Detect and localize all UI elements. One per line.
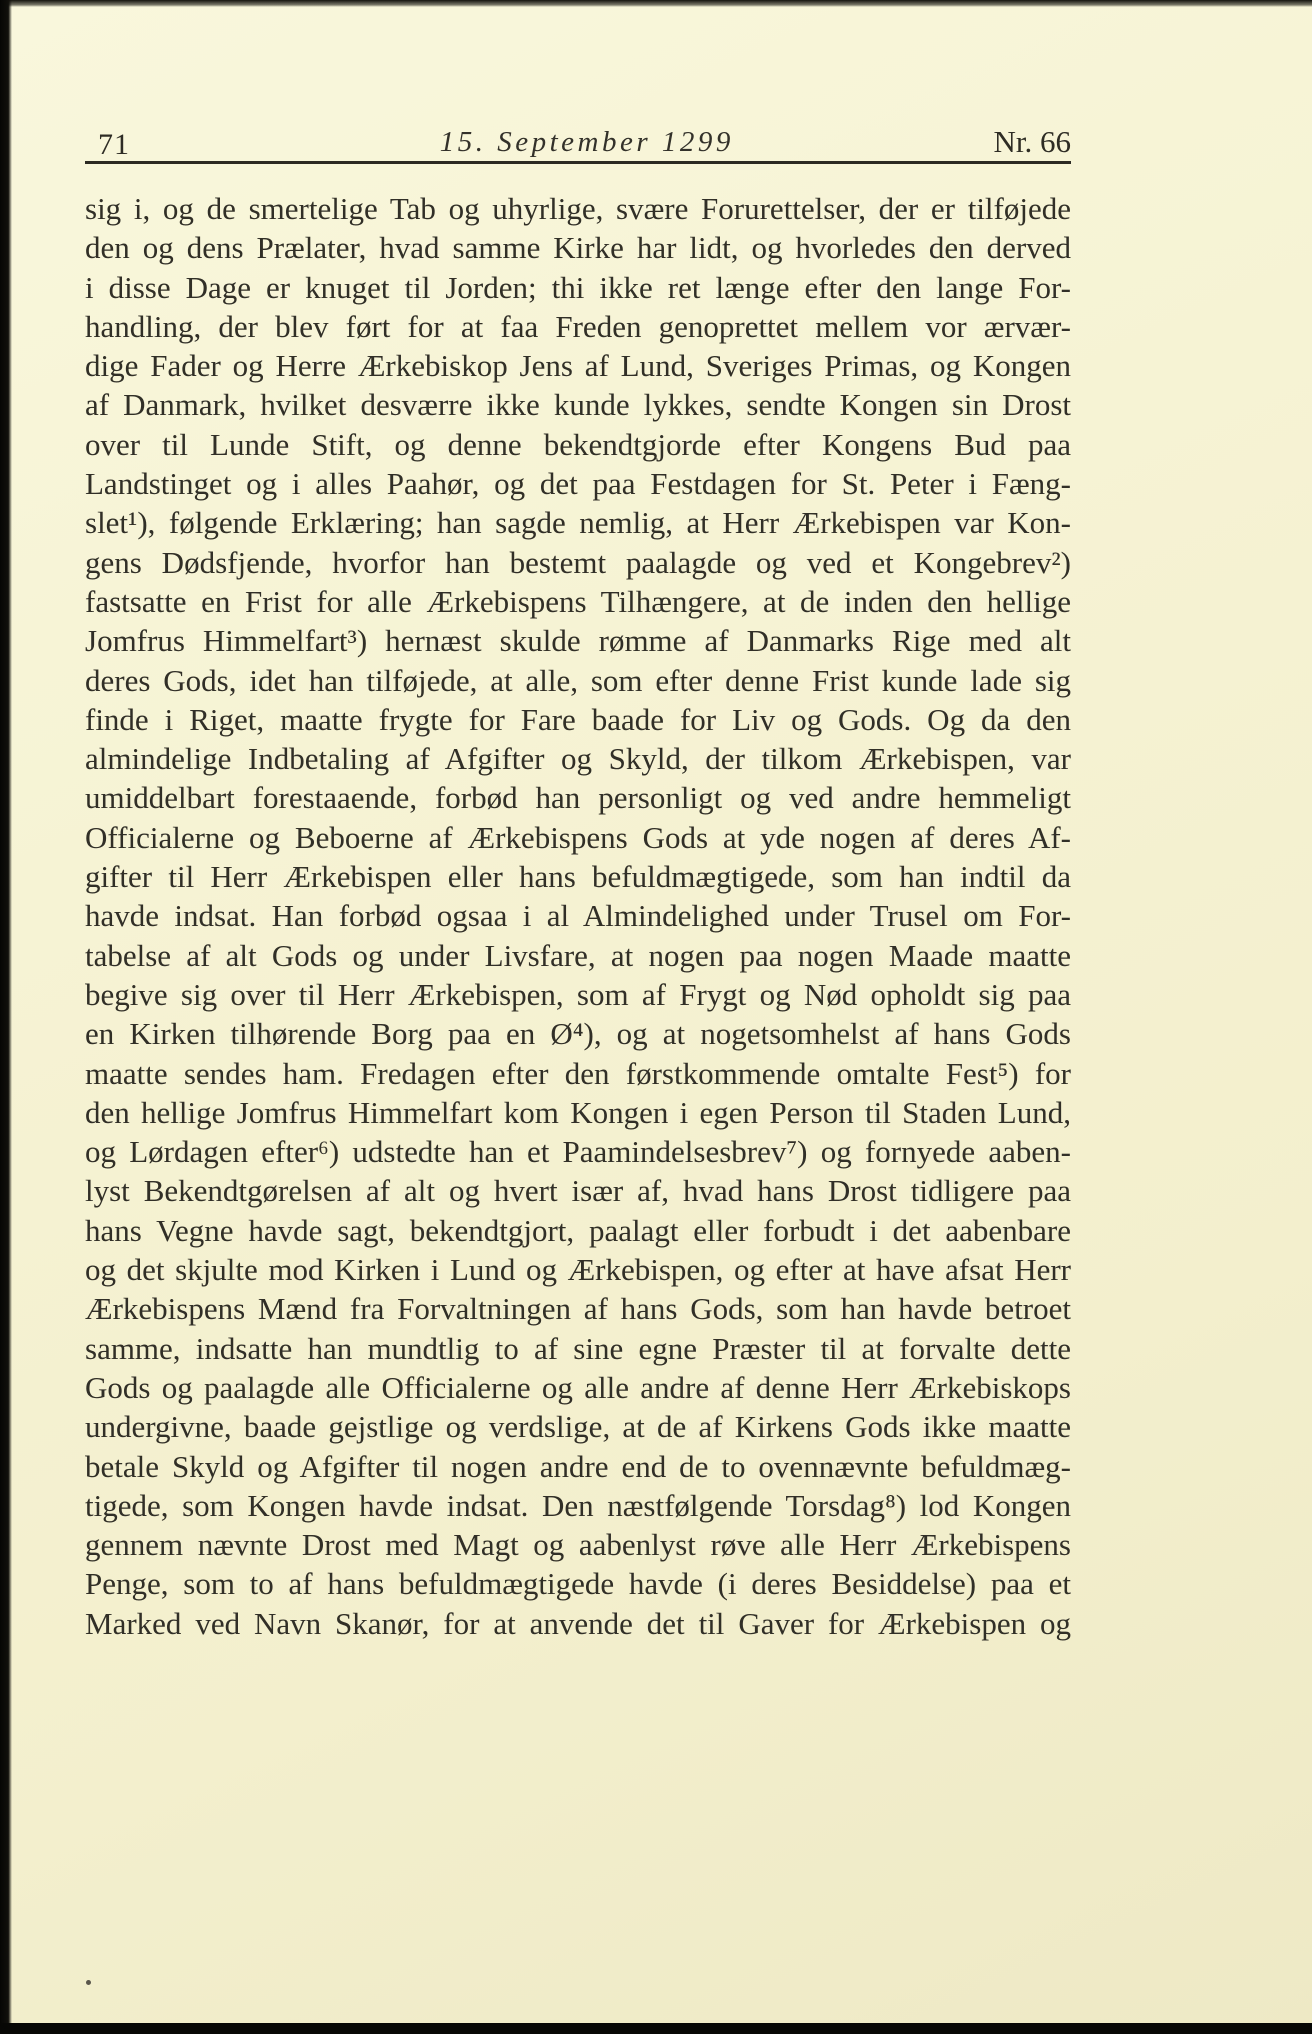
text-line: en Kirken tilhørende Borg paa en Ø⁴), og…: [85, 1014, 1071, 1053]
text-line: fastsatte en Frist for alle Ærkebispens …: [85, 582, 1071, 621]
page-number: 71: [98, 128, 130, 162]
text-line: lyst Bekendtgørelsen af alt og hvert isæ…: [85, 1171, 1071, 1210]
text-line: handling, der blev ført for at faa Frede…: [85, 307, 1071, 346]
scan-edge-top: [0, 0, 1312, 7]
text-line: maatte sendes ham. Fredagen efter den fø…: [85, 1054, 1071, 1093]
text-line: den hellige Jomfrus Himmelfart kom Konge…: [85, 1093, 1071, 1132]
text-line: den og dens Prælater, hvad samme Kirke h…: [85, 228, 1071, 267]
text-line: gennem nævnte Drost med Magt og aabenlys…: [85, 1525, 1071, 1564]
text-line: tigede, som Kongen havde indsat. Den næs…: [85, 1486, 1071, 1525]
scan-edge-bottom: [0, 2023, 1312, 2034]
text-line: finde i Riget, maatte frygte for Fare ba…: [85, 700, 1071, 739]
text-line: Marked ved Navn Skanør, for at anvende d…: [85, 1604, 1071, 1643]
text-line: Gods og paalagde alle Officialerne og al…: [85, 1368, 1071, 1407]
text-line: Penge, som to af hans befuldmægtigede ha…: [85, 1564, 1071, 1603]
text-line: umiddelbart forestaaende, forbød han per…: [85, 778, 1071, 817]
text-line: af Danmark, hvilket desværre ikke kunde …: [85, 385, 1071, 424]
text-line: Jomfrus Himmelfart³) hernæst skulde rømm…: [85, 621, 1071, 660]
paper-speck: [86, 1980, 91, 1985]
text-line: over til Lunde Stift, og denne bekendtgj…: [85, 425, 1071, 464]
scan-edge-left: [0, 0, 12, 2034]
text-line: og Lørdagen efter⁶) udstedte han et Paam…: [85, 1132, 1071, 1171]
text-line: Ærkebispens Mænd fra Forvaltningen af ha…: [85, 1289, 1071, 1328]
text-line: deres Gods, idet han tilføjede, at alle,…: [85, 661, 1071, 700]
text-line: i disse Dage er knuget til Jorden; thi i…: [85, 268, 1071, 307]
text-line: og det skjulte mod Kirken i Lund og Ærke…: [85, 1250, 1071, 1289]
text-line: samme, indsatte han mundtlig to af sine …: [85, 1329, 1071, 1368]
header-rule: [85, 161, 1071, 164]
page-header: 71 15. September 1299 Nr. 66: [85, 124, 1071, 160]
text-line: undergivne, baade gejstlige og verdslige…: [85, 1407, 1071, 1446]
text-line: tabelse af alt Gods og under Livsfare, a…: [85, 936, 1071, 975]
text-line: Officialerne og Beboerne af Ærkebispens …: [85, 818, 1071, 857]
document-number: Nr. 66: [994, 124, 1072, 160]
text-line: dige Fader og Herre Ærkebiskop Jens af L…: [85, 346, 1071, 385]
text-line: hans Vegne havde sagt, bekendtgjort, paa…: [85, 1211, 1071, 1250]
text-line: begive sig over til Herr Ærkebispen, som…: [85, 975, 1071, 1014]
running-head-date: 15. September 1299: [440, 126, 734, 159]
text-line: sig i, og de smertelige Tab og uhyrlige,…: [85, 189, 1071, 228]
text-line: almindelige Indbetaling af Afgifter og S…: [85, 739, 1071, 778]
text-line: havde indsat. Han forbød ogsaa i al Almi…: [85, 896, 1071, 935]
text-line: slet¹), følgende Erklæring; han sagde ne…: [85, 503, 1071, 542]
scanned-book-page: 71 15. September 1299 Nr. 66 sig i, og d…: [0, 0, 1312, 2034]
text-line: gens Dødsfjende, hvorfor han bestemt paa…: [85, 543, 1071, 582]
text-line: Landstinget og i alles Paahør, og det pa…: [85, 464, 1071, 503]
text-line: gifter til Herr Ærkebispen eller hans be…: [85, 857, 1071, 896]
body-text-block: sig i, og de smertelige Tab og uhyrlige,…: [85, 189, 1071, 1643]
text-line: betale Skyld og Afgifter til nogen andre…: [85, 1447, 1071, 1486]
